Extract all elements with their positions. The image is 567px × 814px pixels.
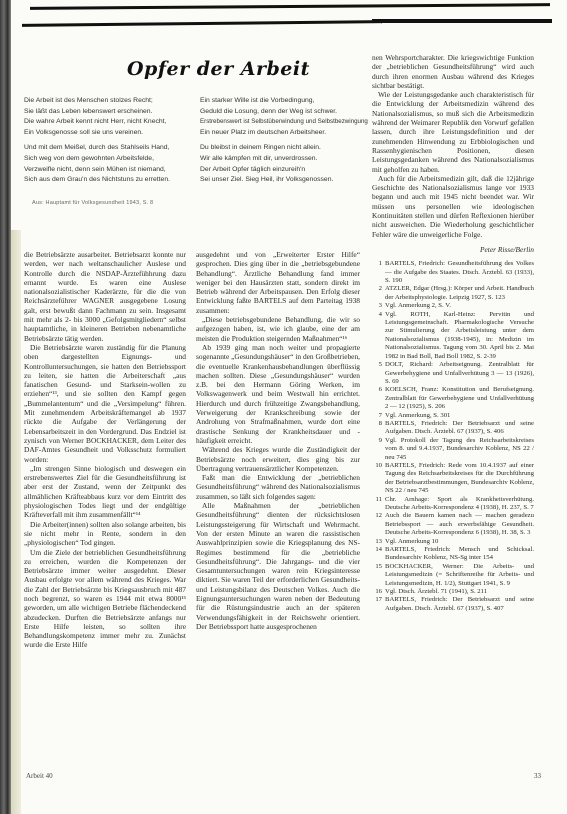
footnote: 1BARTELS, Friedrich: Gesundheitsführung … — [372, 260, 534, 285]
paragraph: nen Wehrsportcharakter. Die kriegswichti… — [372, 53, 534, 90]
footnote-text: BOCKHACKER, Werner: Die Arbeits- und Lei… — [385, 563, 534, 588]
poem-line: Sich aus dem Grau'n des Nichtstuns zu er… — [24, 175, 194, 186]
footnote-text: Vgl. Anmerkung 10 — [385, 538, 534, 546]
poem-stanza: Du bleibst in deinem Ringen nicht allein… — [200, 143, 375, 185]
poem-line: Erstrebenswert ist Selbstüberwindung und… — [200, 117, 375, 128]
poem-stanza: Ein starker Wille ist die Vorbedingung, … — [200, 96, 375, 138]
paragraph: Alle Maßnahmen der „betrieblichen Gesund… — [196, 501, 360, 631]
footnote-text: Vgl. Anmerkung 2, S. V. — [385, 302, 534, 310]
poem-stanza: Und mit dem Meißel, durch des Stahlseils… — [24, 143, 194, 185]
poem-line: Sie läßt das Leben lebenswert erscheinen… — [24, 107, 194, 118]
poem-line: Und mit dem Meißel, durch des Stahlseils… — [24, 143, 194, 154]
paragraph: Wie der Leistungsgedanke auch charakteri… — [372, 90, 534, 174]
poem-line: Ein starker Wille ist die Vorbedingung, — [200, 96, 375, 107]
footnote-text: BARTELS, Friedrich: Rede vom 10.4.1937 a… — [385, 462, 534, 496]
poem-line: Die Arbeit ist des Menschen stolzes Rech… — [24, 96, 194, 107]
footnote-number: 8 — [372, 420, 385, 437]
poem-line: Geduld die Losung, denn der Weg ist schw… — [200, 107, 375, 118]
footnote-number: 14 — [372, 546, 385, 563]
poem-caption: Aus: Hauptamt für Volksgesundheit 1943, … — [32, 200, 187, 206]
poem-line: Ein Volksgenosse soll sie uns vereinen. — [24, 128, 194, 139]
footnote-text: Vgl. Dtsch. Ärztebl. 71 (1941), S. 211 — [385, 588, 534, 596]
footnote-text: ATZLER, Edgar (Hrsg.): Körper und Arbeit… — [385, 285, 534, 302]
footnote: 15BOCKHACKER, Werner: Die Arbeits- und L… — [372, 563, 534, 588]
document-page: Opfer der Arbeit Die Arbeit ist des Mens… — [0, 0, 567, 814]
paragraph: Auch für die Arbeitsmedizin gilt, daß di… — [372, 174, 534, 239]
footnote: 16Vgl. Dtsch. Ärztebl. 71 (1941), S. 211 — [372, 588, 534, 596]
footnote-text: Chr. Arnhage: Sport als Krankheitsverhüt… — [385, 496, 534, 513]
footnote-text: BARTELS, Friedrich: Gesundheitsführung d… — [385, 260, 534, 285]
footnote: 11Chr. Arnhage: Sport als Krankheitsverh… — [372, 496, 534, 513]
footnote: 3Vgl. Anmerkung 2, S. V. — [372, 302, 534, 310]
footnote-text: KOELSCH, Franz: Konstitution und Berufse… — [385, 386, 534, 411]
paragraph: die Betriebsärzte ausarbeitet. Betriebsa… — [24, 250, 186, 343]
footnote-number: 4 — [372, 311, 385, 361]
paragraph: ausgedehnt und von „Erweiterter Erster H… — [196, 250, 360, 315]
poem-left-column: Die Arbeit ist des Menschen stolzes Rech… — [24, 96, 194, 191]
footnote: 7Vgl. Anmerkung, S. 301 — [372, 412, 534, 420]
footnote-text: Vgl. Protokoll der Tagung des Reichsarbe… — [385, 437, 534, 462]
footnote: 9Vgl. Protokoll der Tagung des Reichsarb… — [372, 437, 534, 462]
footnote-number: 3 — [372, 302, 385, 310]
article-column-1: die Betriebsärzte ausarbeitet. Betriebsa… — [24, 250, 186, 650]
article-column-2: ausgedehnt und von „Erweiterter Erster H… — [196, 250, 360, 631]
footnote: 17BARTELS, Friedrich: Der Betriebsarzt u… — [372, 596, 534, 613]
footnote-text: Vgl. Anmerkung, S. 301 — [385, 412, 534, 420]
page-number: 33 — [534, 772, 541, 780]
top-rule-right — [372, 19, 552, 23]
footnote-number: 15 — [372, 563, 385, 588]
paragraph: Während des Krieges wurde die Zuständigk… — [196, 445, 360, 473]
page-title: Opfer der Arbeit — [127, 58, 310, 80]
footer-issue-label: Arbeit 40 — [26, 772, 53, 780]
footnote-number: 2 — [372, 285, 385, 302]
footnote-text: Vgl. ROTH, Karl-Heinz: Pervitin und Leis… — [385, 311, 534, 361]
paragraph: „Diese betriebsgebundene Behandlung, die… — [196, 315, 360, 343]
footnote: 10BARTELS, Friedrich: Rede vom 10.4.1937… — [372, 462, 534, 496]
footnote-number: 11 — [372, 496, 385, 513]
top-rule — [30, 3, 550, 10]
paragraph: „Im strengen Sinne biologisch und desweg… — [24, 464, 186, 520]
footnote-text: Auch die Bauern kamen nach — machen gera… — [385, 512, 534, 537]
footnote-text: DOLT, Richard: Arbeitseignung. Zentralbl… — [385, 361, 534, 386]
footnote-text: BARTELS, Friedrich: Mensch und Schicksal… — [385, 546, 534, 563]
poem-line: Sei unser Ziel. Sieg Heil, ihr Volksgeno… — [200, 175, 375, 186]
poem-line: Die wahre Arbeit kennt nicht Herr, nicht… — [24, 117, 194, 128]
paragraph: Die Arbeiter(innen) sollten also solange… — [24, 520, 186, 548]
poem-line: Wir alle kämpfen mit dir, unverdrossen. — [200, 154, 375, 165]
poem-line: Du bleibst in deinem Ringen nicht allein… — [200, 143, 375, 154]
poem-right-column: Ein starker Wille ist die Vorbedingung, … — [200, 96, 375, 191]
poem-line: Der Arbeit Opfer täglich einzureih'n — [200, 165, 375, 176]
footnote-number: 13 — [372, 538, 385, 546]
footnote-number: 6 — [372, 386, 385, 411]
footnotes: 1BARTELS, Friedrich: Gesundheitsführung … — [372, 260, 534, 613]
footnote-number: 5 — [372, 361, 385, 386]
footnote-number: 16 — [372, 588, 385, 596]
paragraph: Um die Ziele der betrieblichen Gesundhei… — [24, 548, 186, 650]
footnote: 12Auch die Bauern kamen nach — machen ge… — [372, 512, 534, 537]
footnote-number: 12 — [372, 512, 385, 537]
footnote-text: BARTELS, Friedrich: Der Betriebsarzt und… — [385, 420, 534, 437]
footnote-number: 1 — [372, 260, 385, 285]
article-column-3: nen Wehrsportcharakter. Die kriegswichti… — [372, 53, 534, 613]
footnote: 4Vgl. ROTH, Karl-Heinz: Pervitin und Lei… — [372, 311, 534, 361]
footnote: 13Vgl. Anmerkung 10 — [372, 538, 534, 546]
poem-line: Verzweifle nicht, denn sein Mühen ist ni… — [24, 165, 194, 176]
top-rule-secondary — [22, 20, 382, 27]
poem-line: Sich weg von dem gewohnten Arbeitsfelde, — [24, 154, 194, 165]
footnote: 14BARTELS, Friedrich: Mensch und Schicks… — [372, 546, 534, 563]
footnote-number: 7 — [372, 412, 385, 420]
paragraph: Faßt man die Entwicklung der „betrieblic… — [196, 473, 360, 501]
footnote-number: 10 — [372, 462, 385, 496]
paragraph: Die Betriebsärzte waren zuständig für di… — [24, 343, 186, 464]
footnote: 5DOLT, Richard: Arbeitseignung. Zentralb… — [372, 361, 534, 386]
paragraph: Ab 1939 ging man noch weiter und propagi… — [196, 343, 360, 445]
poem-stanza: Die Arbeit ist des Menschen stolzes Rech… — [24, 96, 194, 138]
footnote: 6KOELSCH, Franz: Konstitution und Berufs… — [372, 386, 534, 411]
footnote: 8BARTELS, Friedrich: Der Betriebsarzt un… — [372, 420, 534, 437]
poem-line: Ein neuer Platz im deutschen Arbeitsheer… — [200, 128, 375, 139]
footnote-number: 9 — [372, 437, 385, 462]
footnote: 2ATZLER, Edgar (Hrsg.): Körper und Arbei… — [372, 285, 534, 302]
author-signature: Peter Risse/Berlin — [372, 245, 534, 254]
footnote-text: BARTELS, Friedrich: Der Betriebsarzt und… — [385, 596, 534, 613]
footnote-number: 17 — [372, 596, 385, 613]
